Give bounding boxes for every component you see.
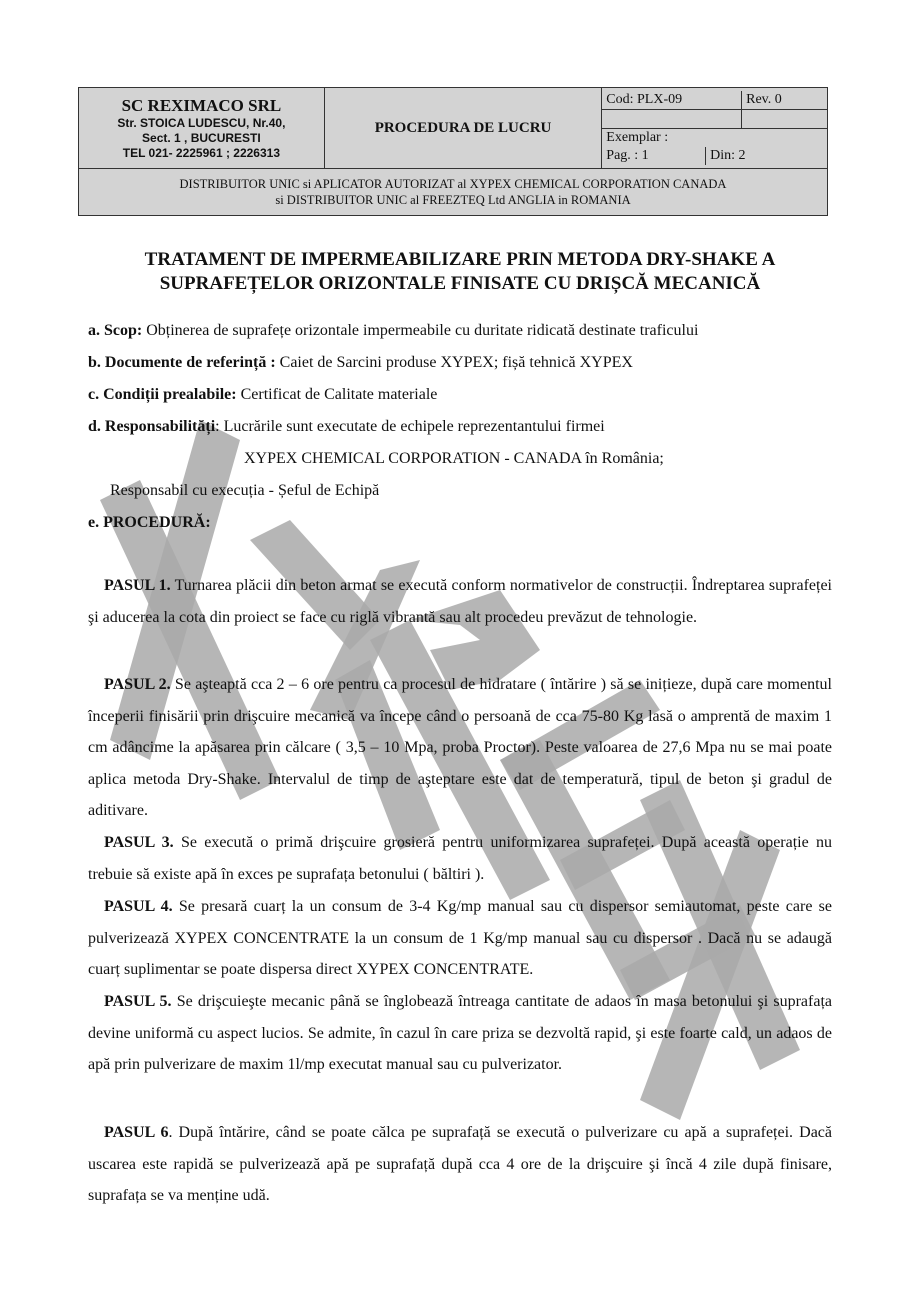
step-label: PASUL 1.: [88, 577, 171, 594]
section-d-label: d. Responsabilități: [88, 418, 215, 435]
address-line-1: Str. STOICA LUDESCU, Nr.40,: [79, 116, 324, 131]
doc-meta: Cod: PLX-09 Rev. 0 Exemplar : Pag. : 1 D…: [602, 88, 828, 169]
title-line-1: TRATAMENT DE IMPERMEABILIZARE PRIN METOD…: [80, 248, 840, 272]
section-d-text: : Lucrările sunt executate de echipele r…: [215, 418, 605, 435]
section-c: c. Condiții prealabile: Certificat de Ca…: [88, 385, 437, 405]
step-3: PASUL 3. Se execută o primă drişcuire gr…: [88, 827, 832, 890]
section-e-label: e. PROCEDURĂ:: [88, 514, 211, 531]
document-page: SC REXIMACO SRL Str. STOICA LUDESCU, Nr.…: [0, 0, 920, 1301]
section-e: e. PROCEDURĂ:: [88, 513, 211, 533]
page-total: Din: 2: [706, 147, 827, 165]
section-d-line-2: XYPEX CHEMICAL CORPORATION - CANADA în R…: [244, 449, 664, 469]
empty-cell: [742, 110, 827, 129]
section-d: d. Responsabilități: Lucrările sunt exec…: [88, 417, 605, 437]
distributor-line-1: DISTRIBUITOR UNIC si APLICATOR AUTORIZAT…: [79, 176, 827, 192]
step-label: PASUL 2.: [88, 676, 171, 693]
company-block: SC REXIMACO SRL Str. STOICA LUDESCU, Nr.…: [79, 88, 325, 169]
step-4: PASUL 4. Se presară cuarț la un consum d…: [88, 891, 832, 986]
step-text: Se presară cuarț la un consum de 3-4 Kg/…: [88, 898, 832, 978]
doc-type: PROCEDURA DE LUCRU: [324, 88, 602, 169]
section-d-line-3: Responsabil cu execuția - Șeful de Echip…: [110, 481, 379, 501]
step-text: Turnarea plăcii din beton armat se execu…: [88, 577, 832, 626]
distributor-line-2: si DISTRIBUITOR UNIC al FREEZTEQ Ltd ANG…: [79, 192, 827, 208]
section-b: b. Documente de referință : Caiet de Sar…: [88, 353, 633, 373]
step-label: PASUL 3.: [88, 834, 174, 851]
address-line-2: Sect. 1 , BUCURESTI: [79, 131, 324, 146]
step-label: PASUL 6: [88, 1124, 168, 1141]
step-6: PASUL 6. După întărire, când se poate că…: [88, 1117, 832, 1212]
step-text: Se execută o primă drişcuire grosieră pe…: [88, 834, 832, 883]
distributor-note: DISTRIBUITOR UNIC si APLICATOR AUTORIZAT…: [79, 169, 828, 216]
section-b-text: Caiet de Sarcini produse XYPEX; fișă teh…: [276, 354, 633, 371]
document-title: TRATAMENT DE IMPERMEABILIZARE PRIN METOD…: [80, 248, 840, 296]
section-c-text: Certificat de Calitate materiale: [237, 386, 438, 403]
section-c-label: c. Condiții prealabile:: [88, 386, 237, 403]
section-a-text: Obținerea de suprafețe orizontale imperm…: [142, 322, 698, 339]
step-label: PASUL 5.: [88, 993, 172, 1010]
company-name: SC REXIMACO SRL: [79, 96, 324, 116]
step-1: PASUL 1. Turnarea plăcii din beton armat…: [88, 570, 832, 633]
empty-cell: [602, 110, 741, 129]
step-5: PASUL 5. Se drişcuieşte mecanic până se …: [88, 986, 832, 1081]
doc-revision: Rev. 0: [742, 91, 827, 110]
document-header: SC REXIMACO SRL Str. STOICA LUDESCU, Nr.…: [78, 87, 828, 216]
step-text: Se aşteaptă cca 2 – 6 ore pentru ca proc…: [88, 676, 832, 819]
title-line-2: SUPRAFEȚELOR ORIZONTALE FINISATE CU DRIȘ…: [80, 272, 840, 296]
section-a-label: a. Scop:: [88, 322, 142, 339]
step-text: Se drişcuieşte mecanic până se înglobeaz…: [88, 993, 832, 1073]
section-a: a. Scop: Obținerea de suprafețe orizonta…: [88, 321, 698, 341]
doc-code: Cod: PLX-09: [602, 91, 741, 110]
phone: TEL 021- 2225961 ; 2226313: [79, 146, 324, 161]
step-2: PASUL 2. Se aşteaptă cca 2 – 6 ore pentr…: [88, 669, 832, 827]
step-label: PASUL 4.: [88, 898, 173, 915]
page-number: Pag. : 1: [602, 147, 705, 165]
section-b-label: b. Documente de referință :: [88, 354, 276, 371]
step-text: . După întărire, când se poate călca pe …: [88, 1124, 832, 1204]
copy-number: Exemplar :: [602, 129, 827, 148]
